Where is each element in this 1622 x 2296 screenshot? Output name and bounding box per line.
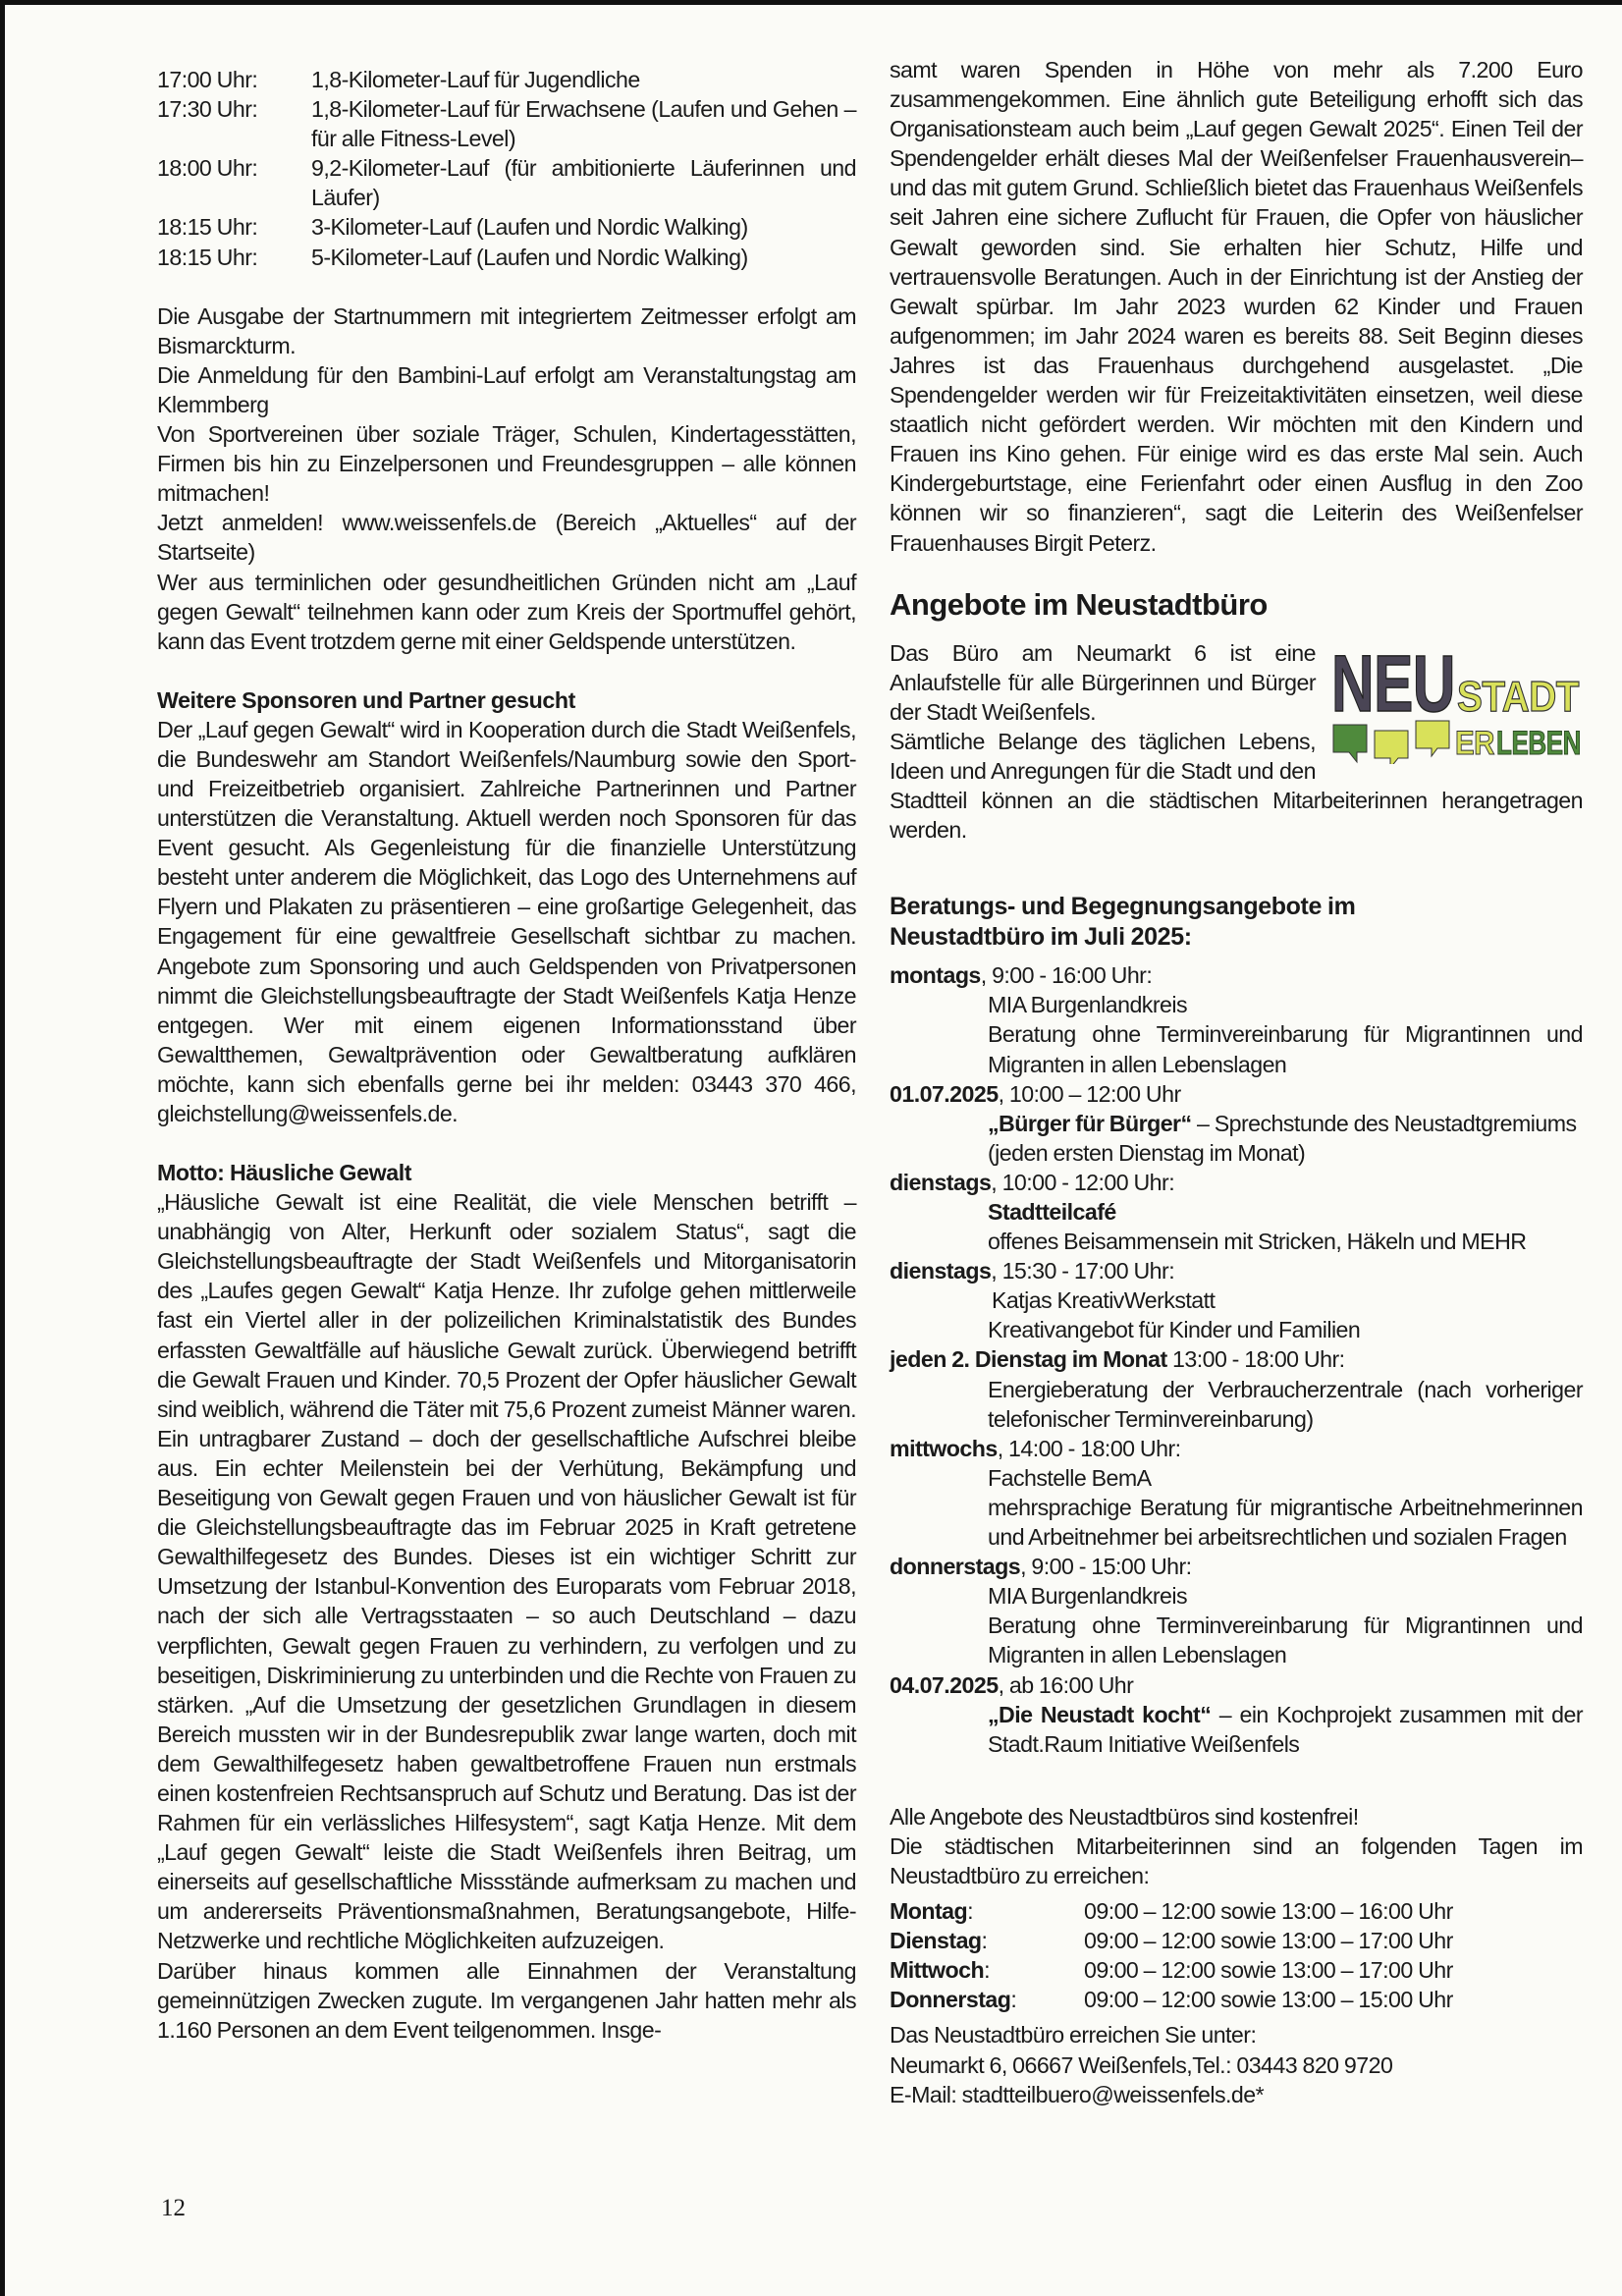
race-time: 18:00 Uhr: xyxy=(157,153,311,212)
offer-title: „Die Neustadt kocht“ xyxy=(988,1702,1211,1727)
offer-time: , 9:00 - 16:00 Uhr: xyxy=(981,962,1152,988)
offer-item: donnerstags, 9:00 - 15:00 Uhr: MIA Burge… xyxy=(890,1552,1583,1669)
left-column: 17:00 Uhr: 1,8-Kilometer-Lauf für Jugend… xyxy=(157,65,856,2045)
scan-edge-left xyxy=(0,0,5,2296)
offer-title-line: „Die Neustadt kocht“ – ein Kochprojekt z… xyxy=(890,1700,1583,1759)
offer-title-suffix: – Sprechstunde des Neustadtgremiums xyxy=(1192,1111,1577,1136)
race-schedule-row: 18:00 Uhr: 9,2-Kilometer-Lauf (für ambit… xyxy=(157,153,856,212)
race-desc: 1,8-Kilometer-Lauf für Erwachsene (Laufe… xyxy=(311,94,856,153)
contact-email[interactable]: E-Mail: stadtteilbuero@weissenfels.de* xyxy=(890,2080,1583,2109)
offer-title-line: „Bürger für Bürger“ – Sprechstunde des N… xyxy=(890,1109,1583,1138)
contact-label: Das Neustadtbüro erreichen Sie unter: xyxy=(890,2020,1583,2050)
office-hours-row: Mittwoch: 09:00 – 12:00 sowie 13:00 – 17… xyxy=(890,1955,1583,1985)
offer-desc: Beratung ohne Terminvereinbarung für Mig… xyxy=(890,1019,1583,1078)
offer-desc: offenes Beisammensein mit Stricken, Häke… xyxy=(890,1227,1583,1256)
offers-heading: Beratungs- und Begegnungsangebote im Neu… xyxy=(890,892,1583,953)
offer-title: MIA Burgenlandkreis xyxy=(890,990,1583,1019)
reach-note: Die städtischen Mitarbeiterinnen sind an… xyxy=(890,1831,1583,1890)
offer-item: 01.07.2025, 10:00 – 12:00 Uhr „Bürger fü… xyxy=(890,1079,1583,1168)
registration-link-paragraph[interactable]: Jetzt anmelden! www.weissenfels.de (Bere… xyxy=(157,508,856,567)
free-note: Alle Angebote des Neustadtbüros sind kos… xyxy=(890,1802,1583,1831)
offer-when: mittwochs xyxy=(890,1436,998,1461)
offer-time: , ab 16:00 Uhr xyxy=(999,1672,1134,1698)
offer-desc: (jeden ersten Dienstag im Monat) xyxy=(890,1138,1583,1168)
hours-day: Dienstag xyxy=(890,1928,982,1953)
offer-when: donnerstags xyxy=(890,1554,1020,1579)
logo-word-neu: NEU xyxy=(1331,644,1455,729)
offer-time: , 10:00 - 12:00 Uhr: xyxy=(991,1170,1174,1195)
offers-list: montags, 9:00 - 16:00 Uhr: MIA Burgenlan… xyxy=(890,960,1583,1759)
offer-title: MIA Burgenlandkreis xyxy=(890,1581,1583,1611)
offer-title: Fachstelle BemA xyxy=(890,1463,1583,1493)
hours-time: 09:00 – 12:00 sowie 13:00 – 17:00 Uhr xyxy=(1084,1926,1453,1955)
scan-edge-top xyxy=(0,0,1622,5)
offer-time: , 15:30 - 17:00 Uhr: xyxy=(991,1258,1174,1284)
offer-item: 04.07.2025, ab 16:00 Uhr „Die Neustadt k… xyxy=(890,1670,1583,1759)
offer-title: Stadtteilcafé xyxy=(890,1197,1583,1227)
spacer xyxy=(890,625,1583,638)
logo-word-er: ER xyxy=(1455,725,1494,762)
race-schedule-row: 18:15 Uhr: 5-Kilometer-Lauf (Laufen und … xyxy=(157,243,856,272)
logo-word-leben: LEBEN xyxy=(1496,725,1581,762)
spacer xyxy=(157,272,856,301)
offer-item: jeden 2. Dienstag im Monat 13:00 - 18:00… xyxy=(890,1344,1583,1433)
offer-when: dienstags xyxy=(890,1170,991,1195)
offer-title: Katjas KreativWerkstatt xyxy=(890,1285,1583,1315)
race-schedule: 17:00 Uhr: 1,8-Kilometer-Lauf für Jugend… xyxy=(157,65,856,272)
logo-word-stadt: STADT xyxy=(1457,673,1580,721)
offer-time: 13:00 - 18:00 Uhr: xyxy=(1167,1346,1345,1372)
race-time: 17:00 Uhr: xyxy=(157,65,311,94)
contact-address: Neumarkt 6, 06667 Weißenfels,Tel.: 03443… xyxy=(890,2050,1583,2080)
hours-day: Montag xyxy=(890,1898,967,1924)
offer-desc: mehrsprachige Beratung für migrantische … xyxy=(890,1493,1583,1552)
info-paragraph: Die Ausgabe der Startnummern mit integri… xyxy=(157,301,856,360)
spacer xyxy=(157,656,856,685)
right-column: samt waren Spenden in Höhe von mehr als … xyxy=(890,55,1583,2109)
offer-time: , 10:00 – 12:00 Uhr xyxy=(999,1081,1181,1107)
race-time: 18:15 Uhr: xyxy=(157,212,311,242)
neustadt-erleben-logo: NEU STADT ER LEBEN xyxy=(1331,644,1583,764)
office-hours-row: Montag: 09:00 – 12:00 sowie 13:00 – 16:0… xyxy=(890,1896,1583,1926)
race-desc: 3-Kilometer-Lauf (Laufen und Nordic Walk… xyxy=(311,212,856,242)
race-desc: 9,2-Kilometer-Lauf (für ambitionierte Lä… xyxy=(311,153,856,212)
speech-bubble-icon xyxy=(1333,725,1367,762)
offer-desc: Energieberatung der Verbraucherzentrale … xyxy=(890,1375,1583,1434)
offer-item: montags, 9:00 - 16:00 Uhr: MIA Burgenlan… xyxy=(890,960,1583,1078)
race-time: 18:15 Uhr: xyxy=(157,243,311,272)
offer-when: 04.07.2025 xyxy=(890,1672,999,1698)
offer-title: „Bürger für Bürger“ xyxy=(988,1111,1192,1136)
offer-when: dienstags xyxy=(890,1258,991,1284)
race-desc: 1,8-Kilometer-Lauf für Jugendliche xyxy=(311,65,856,94)
race-schedule-row: 17:00 Uhr: 1,8-Kilometer-Lauf für Jugend… xyxy=(157,65,856,94)
office-hours-row: Donnerstag: 09:00 – 12:00 sowie 13:00 – … xyxy=(890,1985,1583,2014)
logo-graphic: NEU STADT ER LEBEN xyxy=(1331,644,1583,764)
neustadt-heading: Angebote im Neustadtbüro xyxy=(890,585,1583,625)
spacer xyxy=(157,1128,856,1158)
info-paragraph: Wer aus terminlichen oder gesundheitlich… xyxy=(157,568,856,656)
hours-day: Donnerstag xyxy=(890,1987,1010,2012)
hours-time: 09:00 – 12:00 sowie 13:00 – 17:00 Uhr xyxy=(1084,1955,1453,1985)
offer-item: dienstags, 10:00 - 12:00 Uhr: Stadtteilc… xyxy=(890,1168,1583,1256)
offer-time: , 9:00 - 15:00 Uhr: xyxy=(1020,1554,1191,1579)
offers-heading-line: Beratungs- und Begegnungsangebote im xyxy=(890,893,1355,920)
continued-article-paragraph: samt waren Spenden in Höhe von mehr als … xyxy=(890,55,1583,558)
page-number: 12 xyxy=(161,2195,186,2222)
neustadt-intro: NEU STADT ER LEBEN Das Büro am Neumarkt … xyxy=(890,638,1583,846)
offer-time: , 14:00 - 18:00 Uhr: xyxy=(998,1436,1181,1461)
office-info: Alle Angebote des Neustadtbüros sind kos… xyxy=(890,1802,1583,2109)
hours-day: Mittwoch xyxy=(890,1957,984,1983)
offer-desc: Beratung ohne Terminvereinbarung für Mig… xyxy=(890,1611,1583,1669)
spacer xyxy=(890,845,1583,892)
office-hours-table: Montag: 09:00 – 12:00 sowie 13:00 – 16:0… xyxy=(890,1896,1583,2014)
offer-item: dienstags, 15:30 - 17:00 Uhr: Katjas Kre… xyxy=(890,1256,1583,1344)
spacer xyxy=(890,1759,1583,1802)
info-paragraph: Von Sportvereinen über soziale Träger, S… xyxy=(157,419,856,508)
race-schedule-row: 18:15 Uhr: 3-Kilometer-Lauf (Laufen und … xyxy=(157,212,856,242)
motto-paragraph: „Häusliche Gewalt ist eine Realität, die… xyxy=(157,1187,856,1955)
offer-when: jeden 2. Dienstag im Monat xyxy=(890,1346,1167,1372)
offer-when: montags xyxy=(890,962,981,988)
race-schedule-row: 17:30 Uhr: 1,8-Kilometer-Lauf für Erwach… xyxy=(157,94,856,153)
spacer xyxy=(890,953,1583,960)
office-hours-row: Dienstag: 09:00 – 12:00 sowie 13:00 – 17… xyxy=(890,1926,1583,1955)
hours-time: 09:00 – 12:00 sowie 13:00 – 15:00 Uhr xyxy=(1084,1985,1453,2014)
race-desc: 5-Kilometer-Lauf (Laufen und Nordic Walk… xyxy=(311,243,856,272)
offers-heading-line: Neustadtbüro im Juli 2025: xyxy=(890,923,1192,951)
offer-desc: Kreativangebot für Kinder und Familien xyxy=(890,1315,1583,1344)
offer-item: mittwochs, 14:00 - 18:00 Uhr: Fachstelle… xyxy=(890,1434,1583,1552)
sponsors-paragraph: Der „Lauf gegen Gewalt“ wird in Kooperat… xyxy=(157,715,856,1128)
race-time: 17:30 Uhr: xyxy=(157,94,311,153)
offer-when: 01.07.2025 xyxy=(890,1081,999,1107)
sponsors-heading: Weitere Sponsoren und Partner gesucht xyxy=(157,685,856,715)
motto-heading: Motto: Häusliche Gewalt xyxy=(157,1158,856,1187)
spacer xyxy=(890,558,1583,585)
info-paragraph: Die Anmeldung für den Bambini-Lauf erfol… xyxy=(157,360,856,419)
motto-paragraph-continued: Darüber hinaus kommen alle Einnahmen der… xyxy=(157,1956,856,2045)
hours-time: 09:00 – 12:00 sowie 13:00 – 16:00 Uhr xyxy=(1084,1896,1453,1926)
